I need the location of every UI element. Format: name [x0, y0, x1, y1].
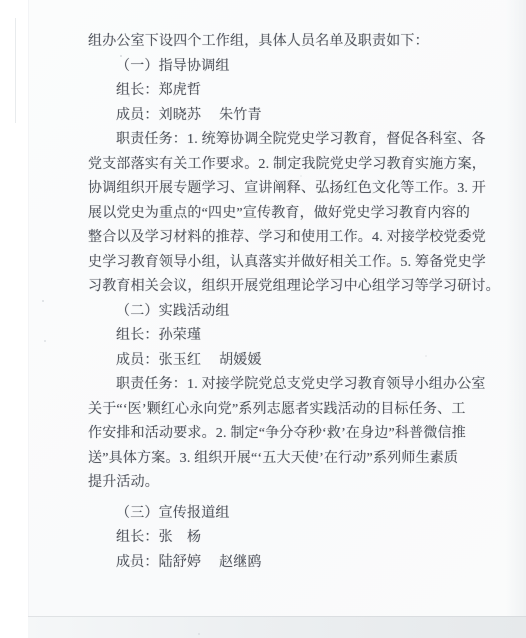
section-1-heading: （一）指导协调组	[88, 55, 483, 80]
group-1-duties-line: 协调组织开展专题学习、宣讲阐释、弘扬红色文化等工作。3. 开	[88, 177, 483, 202]
group-1-duties-line: 职责任务：1. 统筹协调全院党史学习教育，督促各科室、各	[88, 128, 483, 153]
section-2-heading: （二）实践活动组	[88, 300, 483, 325]
group-1-members-line: 成员：刘晓苏 朱竹青	[88, 104, 483, 129]
group-1-duties-line: 史学习教育领导小组，认真落实并做好相关工作。5. 筹备党史学	[88, 251, 483, 276]
section-3-heading: （三）宣传报道组	[88, 502, 483, 527]
group-3-leader-line: 组长：张 杨	[88, 526, 483, 551]
group-1-duties-line: 习教育相关会议，组织开展党组理论学习中心组学习等学习研讨。	[88, 275, 483, 300]
paragraph-continuation-line: 组办公室下设四个工作组，具体人员名单及职责如下：	[88, 30, 483, 55]
scan-bottom-edge	[28, 616, 526, 638]
group-2-duties-line: 作安排和活动要求。2. 制定“争分夺秒‘救’在身边”科普微信推	[88, 422, 483, 447]
scanned-document-page: 组办公室下设四个工作组，具体人员名单及职责如下： （一）指导协调组 组长：郑虎哲…	[0, 0, 526, 638]
scan-crease-line	[15, 18, 16, 123]
group-1-duties-line: 整合以及学习材料的推荐、学习和使用工作。4. 对接学校党委党	[88, 226, 483, 251]
group-2-members-line: 成员：张玉红 胡媛媛	[88, 349, 483, 374]
group-2-duties-line: 关于“‘医’颗红心永向党”系列志愿者实践活动的目标任务、工	[88, 398, 483, 423]
group-1-leader-line: 组长：郑虎哲	[88, 79, 483, 104]
group-3-members-line: 成员：陆舒婷 赵继鸥	[88, 551, 483, 576]
group-1-duties-line: 展以党史为重点的“四史”宣传教育，做好党史学习教育内容的	[88, 202, 483, 227]
group-2-leader-line: 组长：孙荣瑾	[88, 324, 483, 349]
document-body: 组办公室下设四个工作组，具体人员名单及职责如下： （一）指导协调组 组长：郑虎哲…	[88, 30, 483, 575]
group-1-duties-line: 党支部落实有关工作要求。2. 制定我院党史学习教育实施方案，	[88, 153, 483, 178]
scan-right-edge	[506, 0, 526, 617]
group-2-duties-line: 送”具体方案。3. 组织开展“‘五大天使’在行动”系列师生素质	[88, 447, 483, 472]
group-2-duties-line: 提升活动。	[88, 471, 483, 496]
group-2-duties-line: 职责任务：1. 对接学院党总支党史学习教育领导小组办公室	[88, 373, 483, 398]
